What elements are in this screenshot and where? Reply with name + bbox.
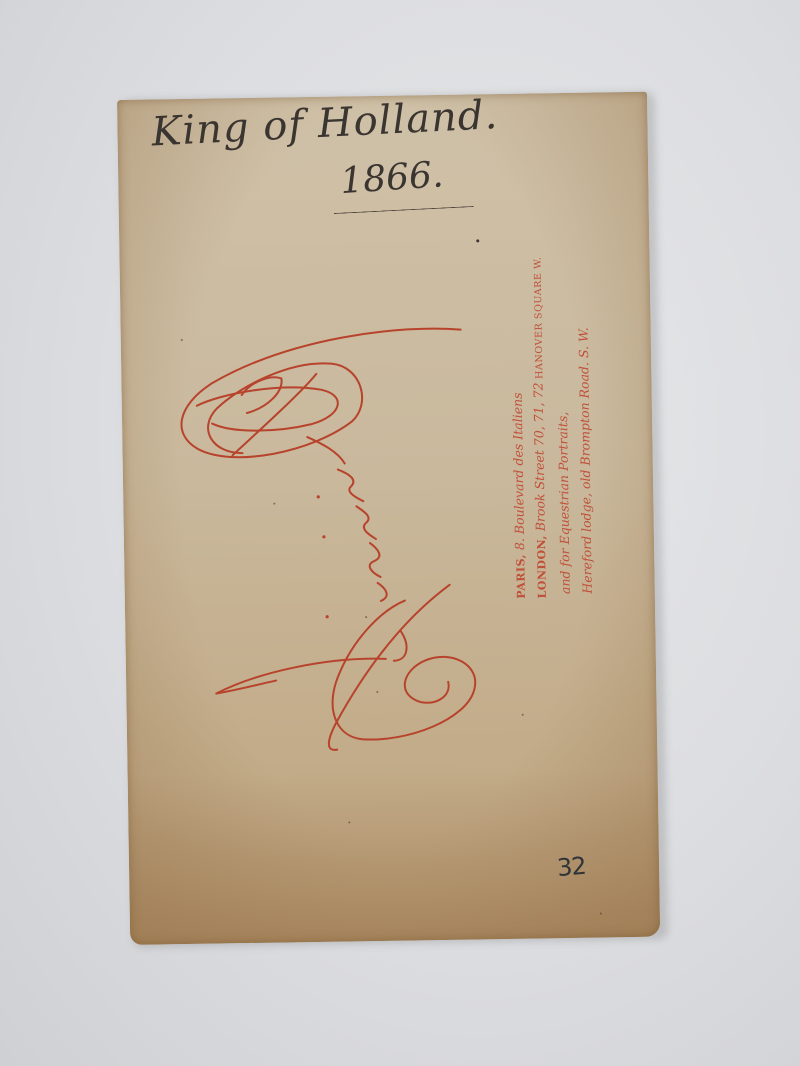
paper-speck [600,912,602,914]
photographer-signature: A. Disdéri [170,309,497,774]
paper-speck [348,821,350,823]
ink-dot [476,239,479,242]
studio-imprint: PARIS, 8. Boulevard des Italiens LONDON,… [515,599,516,600]
imprint-city: LONDON, [535,535,549,598]
paper-speck [522,714,524,716]
imprint-address: and for Equestrian Portraits, [555,412,573,595]
imprint-address-suffix: HANOVER SQUARE W. [533,256,546,382]
photo-card-back: King of Holland. 1866. A. Disdéri PARIS,… [117,92,660,945]
handwritten-year: 1866. [339,154,445,202]
imprint-address: Brook Street 70, 71, 72 [530,382,547,535]
handwritten-title: King of Holland. [150,92,499,155]
imprint-line-hereford: Hereford lodge, old Brompton Road. S. W. [578,327,595,593]
catalog-number: 32 [556,852,587,882]
year-underline [334,206,474,214]
imprint-line-london: LONDON, Brook Street 70, 71, 72 HANOVER … [531,256,549,598]
imprint-line-equestrian: and for Equestrian Portraits, [557,412,572,594]
imprint-city: PARIS, [514,554,528,599]
imprint-address: Hereford lodge, old Brompton Road. S. W. [576,327,595,593]
imprint-line-paris: PARIS, 8. Boulevard des Italiens [512,392,528,598]
imprint-address: 8. Boulevard des Italiens [510,392,528,554]
